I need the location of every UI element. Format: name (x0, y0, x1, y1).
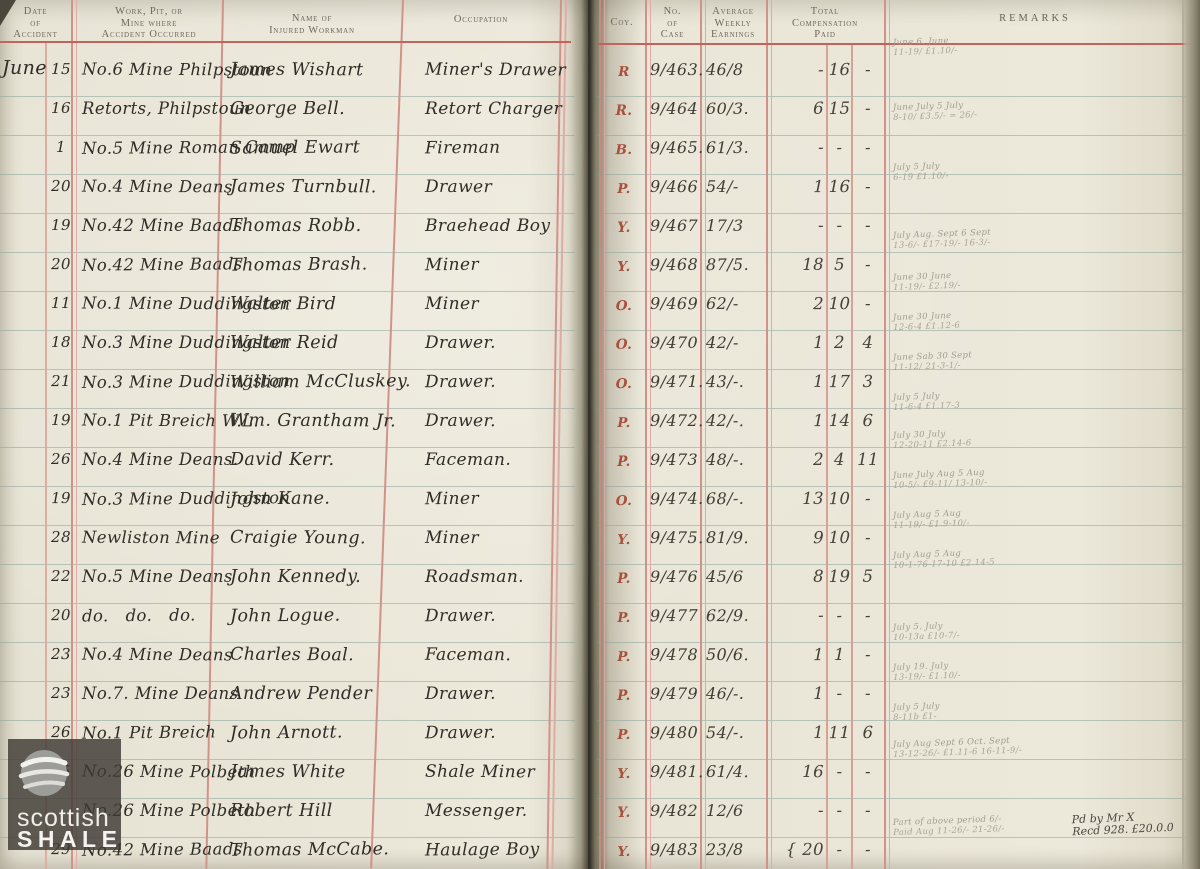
cell-compensation-pence: 5 (853, 567, 883, 586)
cell-compensation-pence: - (853, 606, 883, 625)
cell-case-number: 9/465. (650, 138, 704, 157)
cell-coy: Y. (602, 766, 646, 782)
cell-occupation: Faceman. (425, 645, 511, 665)
cell-coy: Y. (602, 805, 646, 821)
cell-occupation: Miner (425, 294, 479, 314)
cell-day: 22 (45, 567, 77, 585)
cell-compensation-pence: - (853, 489, 883, 508)
cell-coy: P. (602, 610, 646, 626)
cell-compensation-pounds: 1 (768, 645, 824, 664)
cell-coy: O. (602, 298, 646, 314)
cell-coy: P. (602, 415, 646, 431)
cell-compensation-pence: - (853, 645, 883, 664)
cell-compensation-pounds: 1 (768, 684, 824, 703)
book-gutter-line (588, 0, 590, 869)
cell-work-pit-mine: No.42 Mine Baads (82, 216, 243, 235)
column-header-earnings: Average Weekly Earnings (700, 6, 766, 41)
cell-compensation-pounds: - (768, 606, 824, 625)
table-row: 20No.4 Mine DeansJames Turnbull.DrawerP.… (0, 174, 1200, 213)
table-row: 29No.42 Mine BaadsThomas McCabe.Haulage … (0, 837, 1200, 869)
cell-work-pit-mine: No.4 Mine Deans (82, 645, 233, 665)
column-header-compensation: Total Compensation Paid (766, 6, 884, 41)
column-header-work: Work, Pit, or Mine where Accident Occurr… (76, 6, 222, 41)
cell-compensation-shillings: 15 (828, 99, 851, 118)
cell-compensation-shillings: 16 (828, 177, 851, 196)
svg-text:SHALE: SHALE (17, 826, 121, 850)
cell-case-number: 9/482 (650, 801, 698, 820)
column-header-coy: Coy. (599, 17, 645, 29)
cell-coy: Y. (602, 532, 646, 548)
cell-compensation-pounds: 1 (768, 372, 824, 391)
cell-workman-name: Thomas Brash. (230, 254, 368, 275)
cell-compensation-shillings: 10 (828, 528, 851, 547)
cell-weekly-earnings: 42/-. (706, 411, 744, 430)
cell-weekly-earnings: 46/8 (706, 60, 744, 79)
cell-case-number: 9/479 (650, 684, 698, 703)
cell-case-number: 9/470 (650, 333, 698, 352)
cell-case-number: 9/464 (650, 99, 698, 118)
cell-occupation: Fireman (425, 138, 501, 159)
cell-day: 20 (45, 255, 77, 273)
cell-compensation-pounds: 2 (768, 294, 824, 313)
cell-occupation: Drawer (425, 177, 492, 197)
table-row: June15No.6 Mine PhilpstounJames WishartM… (0, 57, 1200, 96)
cell-weekly-earnings: 12/6 (706, 801, 744, 820)
cell-compensation-shillings: 1 (828, 645, 851, 664)
cell-weekly-earnings: 42/- (706, 333, 739, 352)
cell-workman-name: John Logue. (230, 606, 341, 627)
cell-compensation-pounds: 8 (768, 567, 824, 586)
cell-weekly-earnings: 62/9. (706, 606, 749, 625)
cell-coy: O. (602, 376, 646, 392)
cell-day: 11 (45, 294, 77, 312)
cell-workman-name: John Kennedy. (230, 567, 361, 587)
cell-occupation: Miner (425, 528, 479, 548)
cell-coy: P. (602, 181, 646, 197)
cell-weekly-earnings: 54/-. (706, 723, 744, 742)
cell-day: 18 (45, 333, 77, 351)
cell-day: 19 (45, 489, 77, 507)
cell-compensation-pounds: 18 (768, 255, 824, 274)
cell-day: 20 (45, 177, 77, 195)
cell-work-pit-mine: No.4 Mine Deans. (82, 450, 238, 469)
cell-compensation-shillings: 17 (828, 372, 851, 391)
cell-day: 28 (45, 528, 77, 546)
cell-weekly-earnings: 61/4. (706, 762, 749, 781)
cell-compensation-shillings: 11 (828, 723, 851, 742)
cell-coy: P. (602, 649, 646, 665)
cell-compensation-shillings: - (828, 840, 851, 859)
cell-compensation-pounds: { 20 (768, 840, 824, 859)
cell-compensation-pounds: - (768, 138, 824, 157)
cell-weekly-earnings: 81/9. (706, 528, 749, 547)
cell-case-number: 9/466 (650, 177, 698, 196)
cell-compensation-pounds: 1 (768, 411, 824, 430)
cell-coy: P. (602, 727, 646, 743)
cell-coy: Y. (602, 844, 646, 860)
pencil-remark: June 6. June11-19/ £1.10/- (893, 31, 1124, 58)
cell-compensation-pence: - (853, 255, 883, 274)
cell-compensation-pence: - (853, 528, 883, 547)
cell-weekly-earnings: 45/6 (706, 567, 744, 586)
cell-coy: O. (602, 337, 646, 353)
scottish-shale-watermark: scottish SHALE (8, 739, 121, 854)
paid-note: Pd by Mr X Recd 928. £20.0.0 (1072, 810, 1174, 838)
cell-workman-name: Wm. Grantham Jr. (230, 411, 396, 432)
cell-compensation-pence: - (853, 840, 883, 859)
column-header-remarks: Remarks (888, 13, 1182, 25)
cell-workman-name: Thomas McCabe. (230, 839, 389, 860)
cell-work-pit-mine: No.7. Mine Deans (82, 684, 238, 703)
cell-occupation: Drawer. (425, 606, 496, 627)
cell-case-number: 9/478 (650, 645, 698, 664)
cell-coy: Y. (602, 220, 646, 236)
cell-coy: P. (602, 571, 646, 587)
cell-occupation: Retort Charger (425, 99, 562, 119)
cell-weekly-earnings: 48/-. (706, 450, 744, 469)
page-corner-shadow (0, 0, 16, 26)
cell-work-pit-mine: No.5 Mine Deans (82, 567, 233, 586)
column-header-occupation: Occupation (402, 14, 560, 26)
cell-compensation-pence: - (853, 294, 883, 313)
cell-compensation-pence: - (853, 60, 883, 79)
cell-case-number: 9/480 (650, 723, 698, 742)
cell-case-number: 9/473 (650, 450, 698, 469)
cell-coy: R (602, 64, 646, 80)
cell-workman-name: Craigie Young. (230, 528, 366, 549)
cell-compensation-shillings: 16 (828, 60, 851, 79)
cell-compensation-pounds: 9 (768, 528, 824, 547)
column-header-name: Name of Injured Workman (222, 13, 402, 36)
cell-compensation-pence: - (853, 216, 883, 235)
cell-coy: Y. (602, 259, 646, 275)
ledger-scan-page: Date of Accident Work, Pit, or Mine wher… (0, 0, 1200, 869)
cell-compensation-shillings: - (828, 684, 851, 703)
cell-workman-name: Thomas Robb. (230, 216, 362, 236)
cell-case-number: 9/483 (650, 840, 698, 859)
cell-occupation: Drawer. (425, 411, 496, 431)
cell-occupation: Roadsman. (425, 567, 524, 587)
cell-workman-name: John Arnott. (230, 723, 343, 744)
cell-weekly-earnings: 61/3. (706, 138, 749, 157)
cell-occupation: Haulage Boy (425, 840, 540, 861)
cell-compensation-pounds: - (768, 216, 824, 235)
cell-compensation-pounds: 1 (768, 723, 824, 742)
cell-compensation-pounds: - (768, 801, 824, 820)
cell-compensation-pence: 6 (853, 411, 883, 430)
cell-compensation-pence: 11 (853, 450, 883, 469)
cell-compensation-shillings: 4 (828, 450, 851, 469)
cell-compensation-pounds: - (768, 60, 824, 79)
cell-occupation: Miner (425, 489, 479, 509)
cell-compensation-pounds: 1 (768, 333, 824, 352)
cell-day: 21 (45, 372, 77, 390)
cell-weekly-earnings: 60/3. (706, 99, 749, 118)
cell-weekly-earnings: 62/- (706, 294, 739, 313)
cell-compensation-shillings: - (828, 138, 851, 157)
cell-workman-name: James Turnbull. (230, 177, 377, 198)
cell-compensation-pence: - (853, 684, 883, 703)
cell-compensation-pounds: 1 (768, 177, 824, 196)
cell-workman-name: William McCluskey. (230, 371, 411, 393)
cell-workman-name: Walter Bird (230, 294, 336, 315)
cell-compensation-pence: - (853, 138, 883, 157)
cell-occupation: Miner (425, 255, 479, 275)
cell-case-number: 9/476 (650, 567, 698, 586)
cell-weekly-earnings: 23/8 (706, 840, 744, 859)
cell-work-pit-mine: Newliston Mine (82, 528, 220, 548)
header-rule (0, 41, 571, 43)
cell-weekly-earnings: 46/-. (706, 684, 744, 703)
cell-case-number: 9/467 (650, 216, 698, 235)
cell-compensation-pounds: 13 (768, 489, 824, 508)
cell-weekly-earnings: 87/5. (706, 255, 749, 274)
cell-weekly-earnings: 43/-. (706, 372, 744, 391)
cell-day: 23 (45, 645, 77, 663)
cell-day: 23 (45, 684, 77, 702)
cell-coy: B. (602, 142, 646, 158)
cell-occupation: Faceman. (425, 450, 511, 470)
cell-compensation-shillings: - (828, 762, 851, 781)
cell-compensation-pounds: 6 (768, 99, 824, 118)
cell-compensation-pence: 3 (853, 372, 883, 391)
cell-coy: R. (602, 103, 646, 119)
cell-weekly-earnings: 17/3 (706, 216, 744, 235)
cell-workman-name: James White (230, 762, 346, 783)
cell-occupation: Miner's Drawer (425, 60, 566, 81)
cell-compensation-shillings: 19 (828, 567, 851, 586)
cell-day: 20 (45, 606, 77, 624)
cell-case-number: 9/468 (650, 255, 698, 274)
cell-occupation: Drawer. (425, 723, 496, 744)
cell-compensation-shillings: 2 (828, 333, 851, 352)
cell-compensation-pence: - (853, 801, 883, 820)
cell-compensation-pence: - (853, 177, 883, 196)
cell-compensation-pounds: 16 (768, 762, 824, 781)
cell-day: 26 (45, 450, 77, 468)
cell-compensation-pounds: 2 (768, 450, 824, 469)
cell-coy: P. (602, 454, 646, 470)
cell-case-number: 9/477 (650, 606, 698, 625)
cell-coy: P. (602, 688, 646, 704)
cell-compensation-shillings: 10 (828, 489, 851, 508)
cell-month: June (2, 57, 47, 79)
cell-case-number: 9/475. (650, 528, 704, 547)
globe-icon: scottish SHALE (8, 739, 121, 850)
cell-workman-name: David Kerr. (230, 450, 334, 470)
cell-occupation: Messenger. (425, 801, 528, 821)
cell-work-pit-mine: No.42 Mine Baads (82, 254, 243, 274)
cell-occupation: Drawer. (425, 333, 496, 353)
cell-compensation-pence: - (853, 762, 883, 781)
cell-workman-name: James Wishart (230, 60, 364, 81)
cell-day: 1 (45, 138, 77, 156)
cell-work-pit-mine: do. do. do. (82, 606, 196, 626)
table-row: 22No.5 Mine DeansJohn Kennedy.Roadsman.P… (0, 564, 1200, 603)
cell-workman-name: Samuel Ewart (230, 137, 360, 158)
cell-workman-name: Andrew Pender (230, 684, 372, 704)
cell-workman-name: John Kane. (230, 489, 331, 510)
cell-workman-name: Walter Reid (230, 333, 339, 353)
cell-day: 19 (45, 411, 77, 429)
cell-case-number: 9/463. (650, 60, 704, 79)
cell-case-number: 9/474. (650, 489, 704, 508)
cell-occupation: Braehead Boy (425, 216, 550, 236)
cell-day: 15 (45, 60, 77, 78)
cell-work-pit-mine: No.4 Mine Deans (82, 177, 233, 197)
cell-workman-name: Charles Boal. (230, 645, 354, 666)
cell-day: 16 (45, 99, 77, 117)
cell-occupation: Shale Miner (425, 762, 535, 783)
cell-compensation-shillings: - (828, 801, 851, 820)
cell-occupation: Drawer. (425, 372, 496, 393)
cell-compensation-pence: - (853, 99, 883, 118)
cell-compensation-shillings: - (828, 216, 851, 235)
cell-occupation: Drawer. (425, 684, 496, 704)
cell-workman-name: George Bell. (230, 99, 345, 119)
cell-compensation-shillings: - (828, 606, 851, 625)
cell-case-number: 9/481. (650, 762, 704, 781)
cell-case-number: 9/469 (650, 294, 698, 313)
table-row: 25No.26 Mine PolbethJames WhiteShale Min… (0, 759, 1200, 798)
column-header-case: No. of Case (645, 6, 700, 41)
cell-compensation-shillings: 5 (828, 255, 851, 274)
cell-weekly-earnings: 50/6. (706, 645, 749, 664)
cell-workman-name: Robert Hill (230, 801, 333, 821)
cell-compensation-pence: 6 (853, 723, 883, 742)
cell-compensation-pence: 4 (853, 333, 883, 352)
cell-day: 19 (45, 216, 77, 234)
cell-weekly-earnings: 68/-. (706, 489, 744, 508)
cell-weekly-earnings: 54/- (706, 177, 739, 196)
cell-case-number: 9/472. (650, 411, 704, 430)
cell-compensation-shillings: 14 (828, 411, 851, 430)
cell-coy: O. (602, 493, 646, 509)
cell-compensation-shillings: 10 (828, 294, 851, 313)
cell-work-pit-mine: Retorts, Philpstoun (82, 99, 251, 118)
cell-case-number: 9/471. (650, 372, 704, 391)
